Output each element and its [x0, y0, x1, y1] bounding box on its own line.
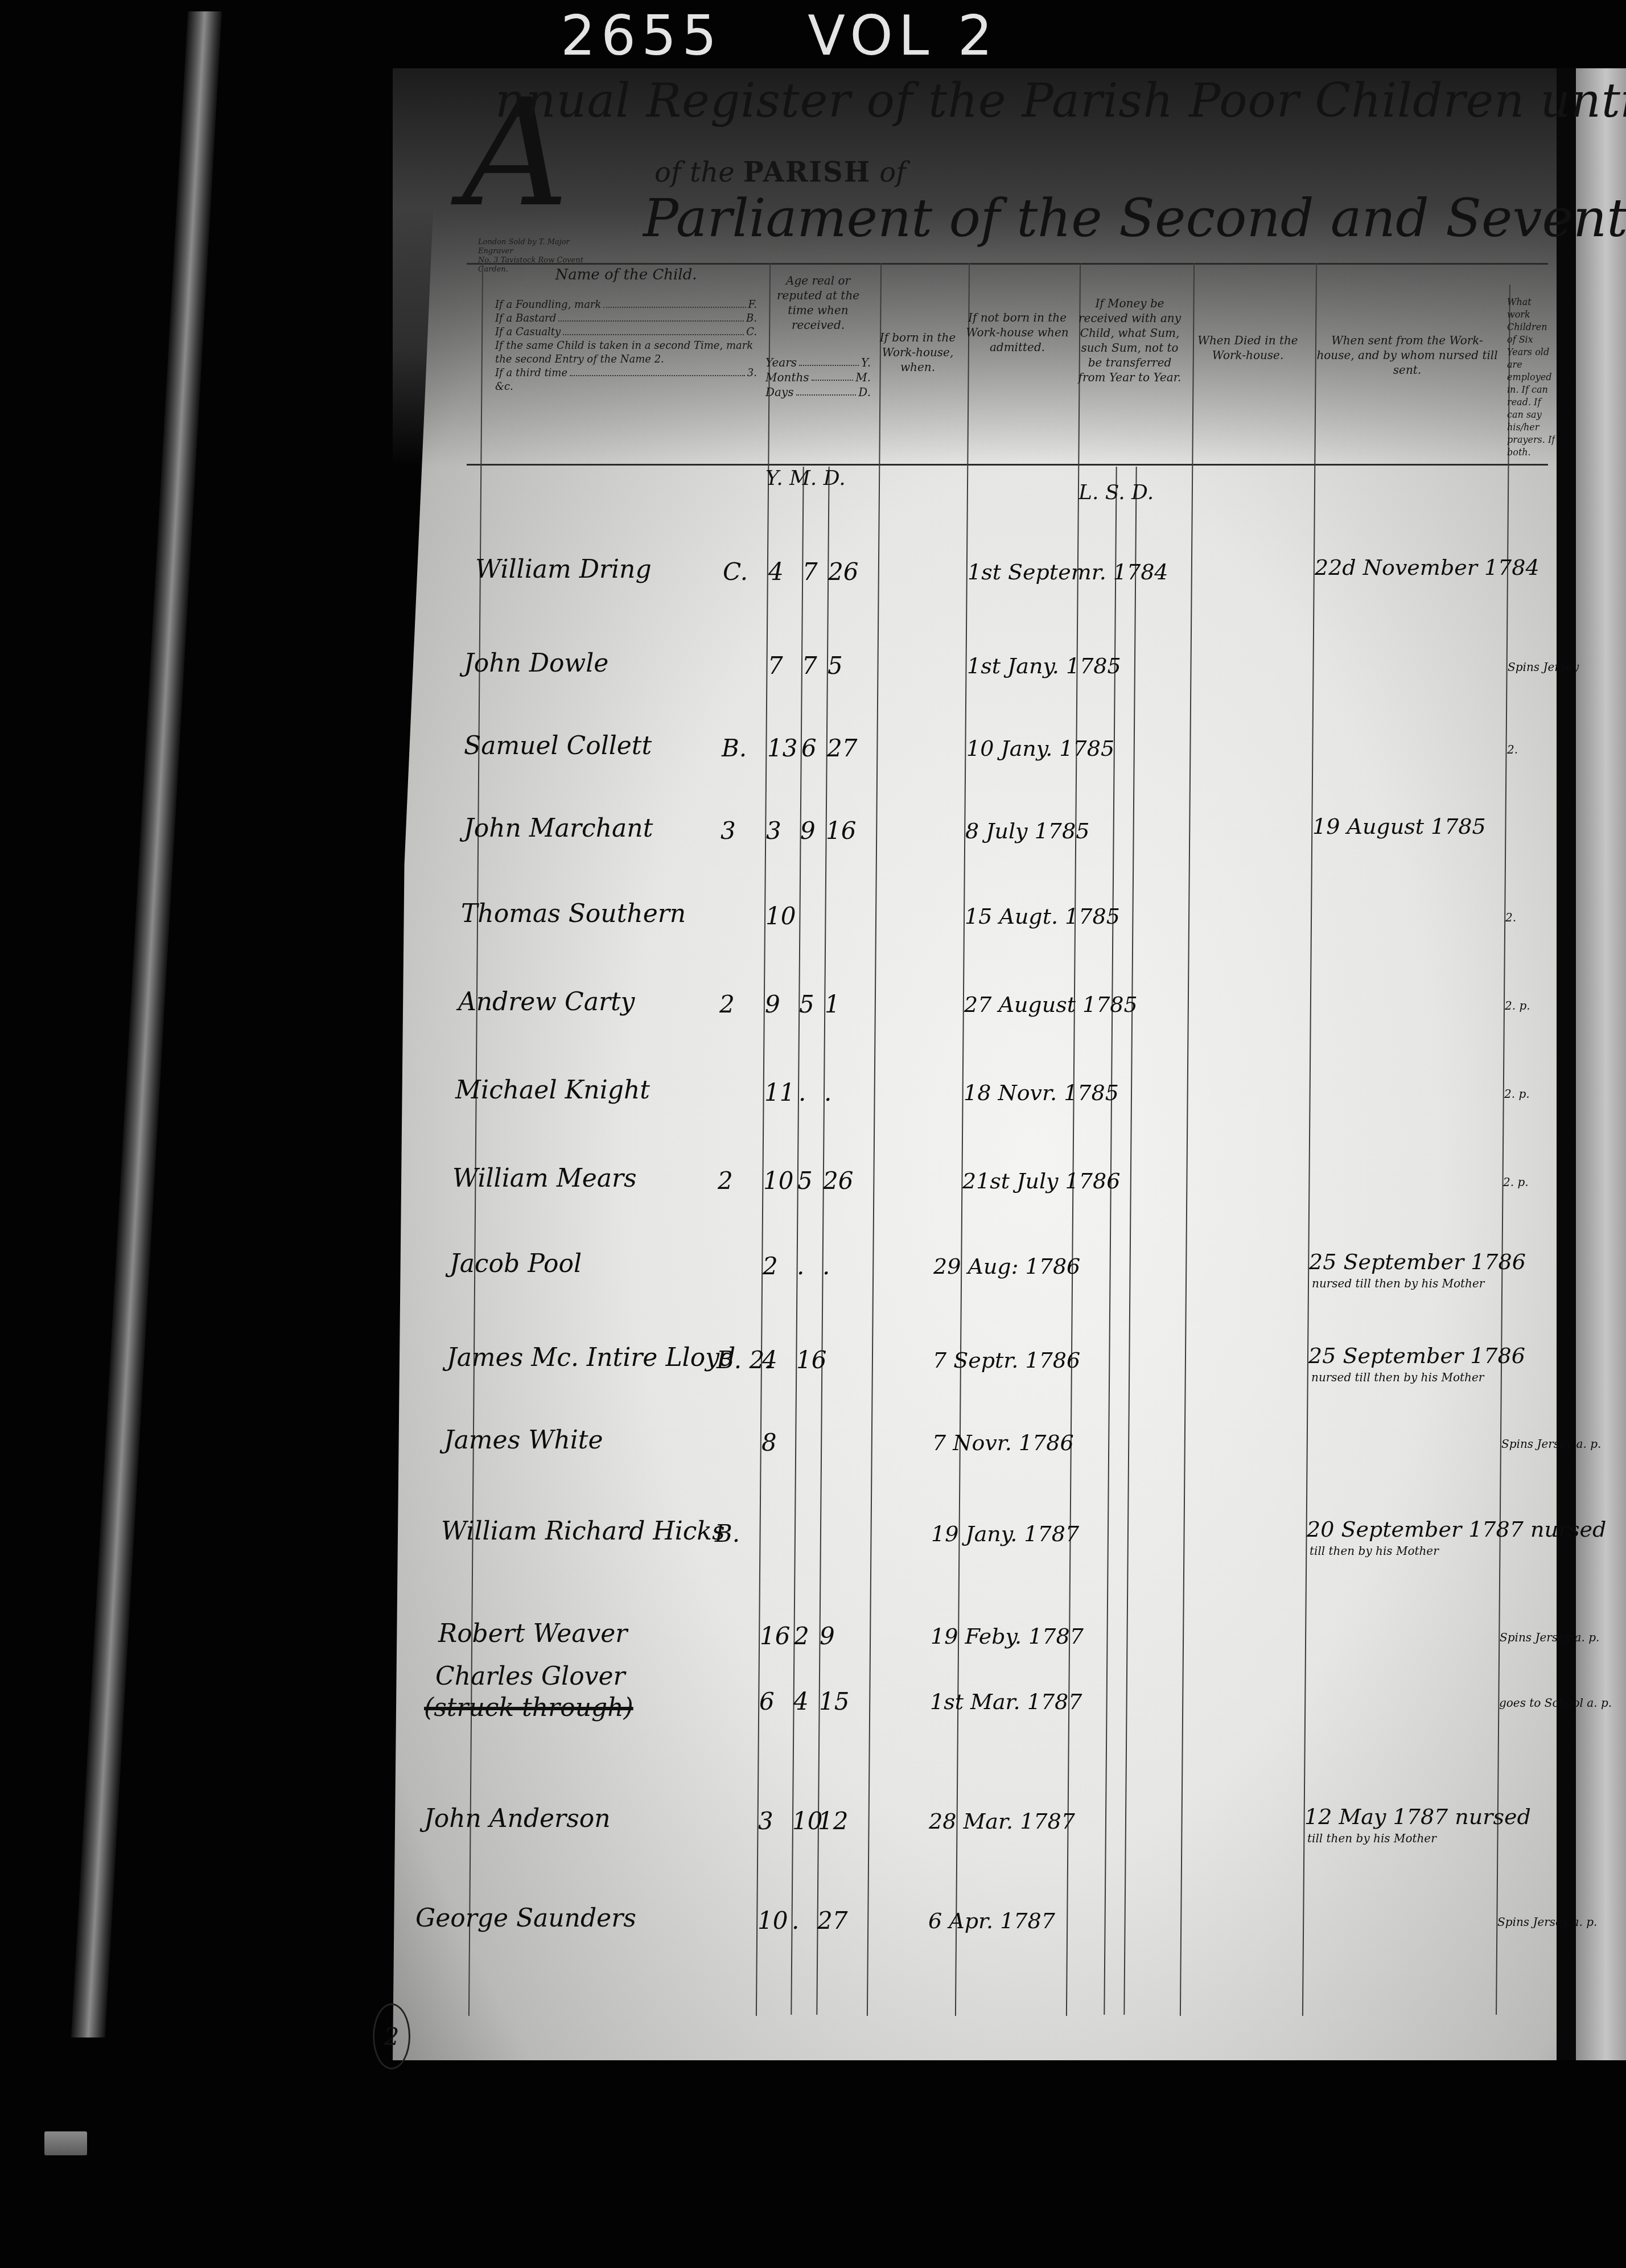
age-months: 16 [796, 1346, 826, 1374]
money-units: L. S. D. [1078, 481, 1154, 504]
sent-nursed-note: nursed till then by his Mother [1311, 1370, 1484, 1384]
child-name: William Richard Hicks [441, 1517, 725, 1546]
date-admitted: 21st July 1786 [962, 1168, 1120, 1193]
child-name: Jacob Pool [450, 1249, 582, 1278]
date-sent: 25 September 1786 [1308, 1343, 1525, 1368]
age-months: 5 [799, 990, 814, 1018]
book-gutter [1557, 68, 1576, 2060]
date-admitted: 7 Septr. 1786 [933, 1348, 1080, 1373]
age-months: 7 [802, 652, 817, 680]
date-admitted: 19 Feby. 1787 [931, 1624, 1084, 1649]
child-name: Thomas Southern [461, 899, 686, 928]
child-name: George Saunders [415, 1904, 636, 1933]
date-admitted: 27 August 1785 [964, 992, 1138, 1017]
age-years: 11 [764, 1079, 795, 1106]
child-name: John Dowle [464, 649, 608, 678]
date-admitted: 7 Novr. 1786 [932, 1430, 1074, 1455]
age-years: 10 [765, 902, 796, 930]
date-sent: 22d November 1784 [1315, 555, 1539, 580]
date-admitted: 1st Mar. 1787 [930, 1689, 1082, 1714]
legend-third-time: If a third time3. [495, 367, 757, 380]
status-mark: B. [715, 1520, 740, 1547]
age-years: 10 [758, 1907, 788, 1934]
title-line-2-post: of [879, 157, 906, 188]
legend-days: DaysD. [765, 385, 871, 400]
header-employed: What work Children of Six Years old are … [1507, 296, 1555, 459]
age-days: 12 [818, 1807, 848, 1835]
title-line-2: of the PARISH of [654, 157, 906, 188]
status-mark: 3 [721, 817, 736, 845]
reel-label: 2655 VOL 2 [561, 5, 1221, 67]
header-died: When Died in the Work-house. [1189, 333, 1306, 363]
age-months: . [798, 1079, 806, 1106]
date-sent: 20 September 1787 nursed [1307, 1517, 1606, 1542]
age-years: 6 [759, 1687, 775, 1715]
film-tab [44, 2131, 87, 2155]
date-admitted: 28 Mar. 1787 [929, 1809, 1075, 1834]
age-days: 5 [828, 652, 843, 680]
age-years: 16 [760, 1622, 790, 1650]
header-age-title: Age real or reputed at the time when rec… [765, 273, 871, 332]
age-months: 9 [800, 817, 816, 845]
age-months: 5 [797, 1167, 813, 1195]
age-months: 2 [794, 1622, 809, 1650]
status-mark: C. [723, 558, 748, 586]
age-years: 10 [763, 1167, 793, 1195]
status-mark: 2 [718, 1167, 733, 1195]
sent-nursed-note: till then by his Mother [1310, 1544, 1439, 1558]
employment-note: goes to School a. p. [1499, 1696, 1612, 1710]
header-born-in: If born in the Work-house, when. [876, 330, 959, 374]
header-sent: When sent from the Work-house, and by wh… [1315, 333, 1500, 377]
age-days: 26 [823, 1167, 853, 1195]
struck-name: (struck through) [424, 1693, 633, 1722]
child-name: William Mears [452, 1164, 637, 1193]
legend-etc: &c. [495, 380, 757, 394]
header-top-rule [467, 263, 1548, 265]
status-mark: 2 [719, 990, 735, 1018]
child-name: Andrew Carty [458, 987, 635, 1016]
age-years: 2 [763, 1252, 778, 1280]
date-sent: 12 May 1787 nursed [1304, 1804, 1531, 1829]
date-sent: 25 September 1786 [1309, 1249, 1526, 1274]
legend-months: MonthsM. [765, 370, 871, 385]
employment-note: Spins Jersey a. p. [1500, 1631, 1599, 1644]
employment-note: 2. p. [1504, 1087, 1530, 1101]
age-months: . [797, 1252, 804, 1280]
title-line-2-pre: of the [654, 157, 735, 188]
date-admitted: 1st Jany. 1785 [967, 653, 1121, 678]
folio-number: 2 [373, 2003, 410, 2069]
header-not-born-in: If not born in the Work-house when admit… [965, 310, 1070, 355]
employment-note: 2. p. [1505, 999, 1530, 1012]
date-sent: 19 August 1785 [1312, 814, 1486, 839]
date-admitted: 15 Augt. 1785 [965, 904, 1120, 929]
employment-note: Spins Jersey a. p. [1497, 1915, 1597, 1929]
date-admitted: 8 July 1785 [965, 818, 1089, 843]
status-mark: B. [722, 734, 747, 762]
age-days: 16 [826, 817, 856, 845]
age-years: 4 [768, 558, 784, 586]
sent-nursed-note: nursed till then by his Mother [1312, 1277, 1484, 1290]
age-months: 7 [802, 558, 818, 586]
age-days: . [824, 1079, 831, 1106]
employment-note: 2. [1505, 911, 1516, 924]
date-admitted: 18 Novr. 1785 [964, 1080, 1119, 1105]
child-name: William Dring [475, 555, 652, 584]
age-units: Y. M. D. [765, 467, 846, 490]
date-admitted: 10 Jany. 1785 [966, 736, 1114, 761]
header-bottom-rule [467, 464, 1548, 466]
header-name-title: Name of the Child. [495, 267, 757, 282]
child-name: Robert Weaver [438, 1619, 627, 1648]
child-name: John Anderson [424, 1804, 611, 1833]
age-years: 13 [767, 734, 797, 762]
age-months: 6 [801, 734, 817, 762]
employment-note: Spins Jersey a. p. [1501, 1437, 1601, 1451]
age-days: 1 [825, 990, 840, 1018]
age-days: 9 [820, 1622, 835, 1650]
age-months: . [792, 1907, 799, 1934]
legend-years: YearsY. [765, 355, 871, 370]
legend-bastard: If a BastardB. [495, 312, 757, 326]
reel-number: 2655 [561, 4, 722, 68]
legend-second-entry: If the same Child is taken in a second T… [495, 339, 757, 367]
age-years: 7 [768, 652, 783, 680]
child-name: John Marchant [464, 814, 653, 843]
legend-foundling: If a Foundling, markF. [495, 298, 757, 312]
age-years: 8 [761, 1429, 777, 1456]
age-days: 27 [817, 1907, 847, 1934]
date-admitted: 29 Aug: 1786 [933, 1254, 1080, 1279]
header-name: Name of the Child. If a Foundling, markF… [495, 267, 757, 394]
legend-casualty: If a CasualtyC. [495, 326, 757, 339]
facing-page-edge [1576, 68, 1626, 2060]
age-months: 4 [793, 1687, 809, 1715]
title-line-3: Parliament of the Second and Seventh of … [643, 188, 1626, 249]
child-name: James White [444, 1426, 603, 1455]
employment-note: Spins Jersey [1508, 660, 1579, 674]
date-admitted: 6 Apr. 1787 [928, 1908, 1055, 1933]
header-age: Age real or reputed at the time when rec… [765, 273, 871, 400]
header-money: If Money be received with any Child, wha… [1076, 296, 1184, 385]
age-days: 15 [819, 1687, 849, 1715]
child-name: Charles Glover [435, 1662, 625, 1691]
title-line-2-parish: PARISH [743, 157, 871, 188]
age-years: 3 [766, 817, 781, 845]
age-days: . [822, 1252, 830, 1280]
date-admitted: 1st Septemr. 1784 [968, 559, 1168, 585]
age-years: 3 [758, 1807, 773, 1835]
film-bottom [341, 2060, 1626, 2268]
title-line-1: nnual Register of the Parish Poor Childr… [495, 74, 1626, 128]
child-name: James Mc. Intire Lloyd [447, 1343, 735, 1372]
child-name: Michael Knight [455, 1076, 650, 1105]
age-days: 26 [828, 558, 858, 586]
sent-nursed-note: till then by his Mother [1307, 1831, 1436, 1845]
age-days: 27 [827, 734, 857, 762]
reel-volume: VOL 2 [808, 4, 998, 68]
age-years: 4 [762, 1346, 777, 1374]
child-name: Samuel Collett [464, 731, 652, 760]
date-admitted: 19 Jany. 1787 [931, 1521, 1079, 1546]
employment-note: 2. [1507, 743, 1518, 756]
imprint-line-1: London Sold by T. Major Engraver [478, 238, 592, 256]
employment-note: 2. p. [1503, 1175, 1529, 1189]
age-years: 9 [765, 990, 780, 1018]
